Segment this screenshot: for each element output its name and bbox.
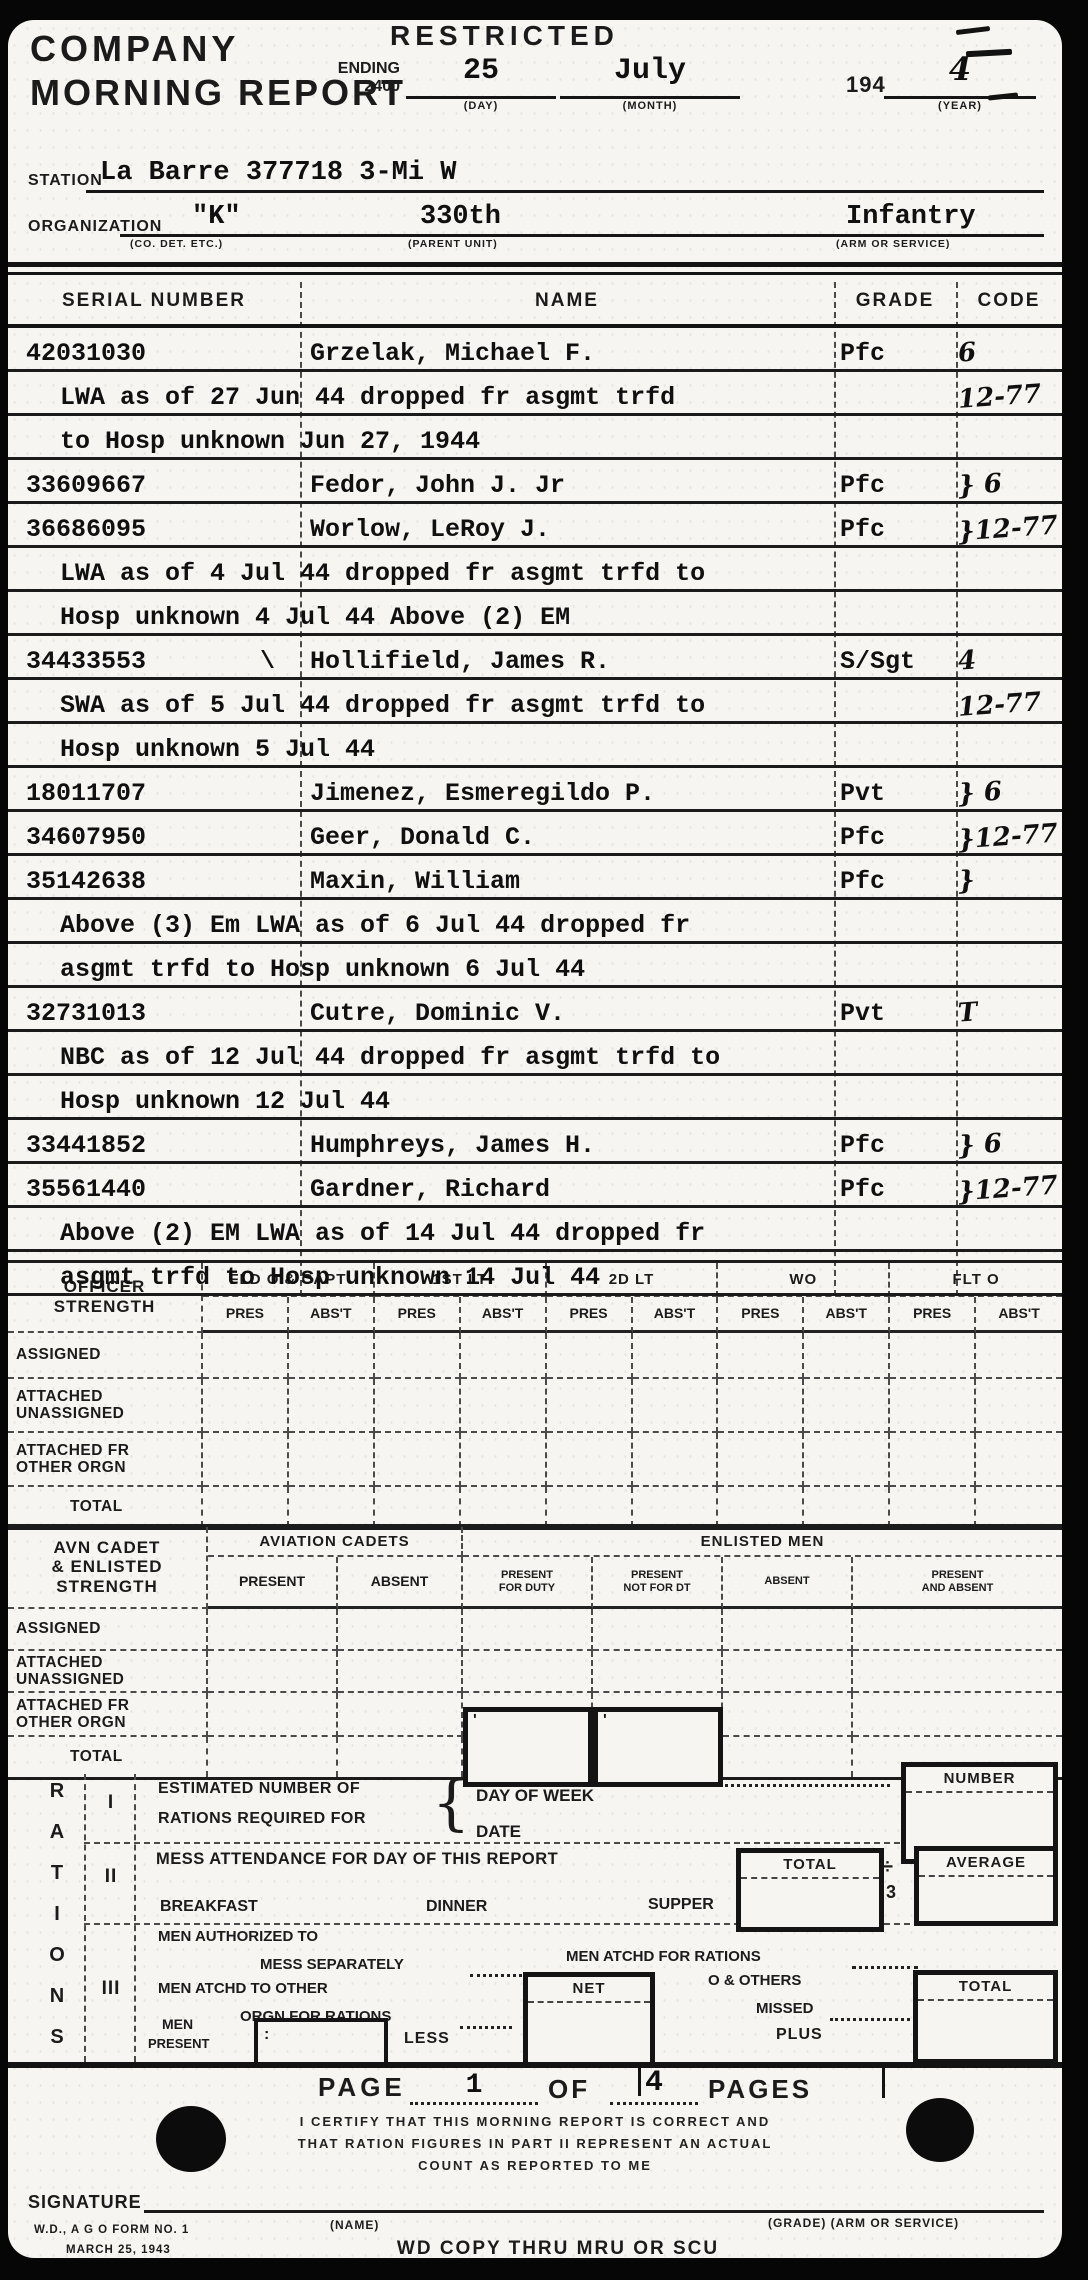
officer-data-cell bbox=[547, 1379, 633, 1433]
code-cell: 4 bbox=[957, 645, 977, 676]
roster-row: 34433553\Hollifield, James R.S/Sgt4 bbox=[8, 636, 1062, 680]
station-field: La Barre 377718 3-Mi W bbox=[86, 152, 1044, 193]
officer-row-label: ATTACHED FROTHER ORGN bbox=[8, 1433, 203, 1487]
men-atchd-for-rations-label: MEN ATCHD FOR RATIONS bbox=[566, 1948, 761, 1965]
label-line: ATTACHED FR bbox=[16, 1442, 201, 1459]
rations-section: RATIONS I II III ESTIMATED NUMBER OF RAT… bbox=[8, 1774, 1062, 2062]
label-line: ABSENT bbox=[371, 1573, 429, 1589]
label-line: FOR DUTY bbox=[499, 1582, 555, 1595]
grade-cell: S/Sgt bbox=[840, 647, 915, 676]
organization-field: "K" 330th Infantry bbox=[120, 196, 1044, 237]
roster-row: 34607950Geer, Donald C.Pfc}12-77 bbox=[8, 812, 1062, 856]
arm-sublabel: (ARM OR SERVICE) bbox=[836, 238, 950, 250]
fill-in-line bbox=[460, 2026, 512, 2029]
tick-mark: ' bbox=[473, 1712, 477, 1730]
strength-data-cell bbox=[723, 1609, 853, 1651]
roster-row: LWA as of 27 Jun 44 dropped fr asgmt trf… bbox=[8, 372, 1062, 416]
officer-data-cell bbox=[804, 1487, 890, 1527]
serial-cell: 42031030 bbox=[26, 339, 146, 368]
remark-cell: SWA as of 5 Jul 44 dropped fr asgmt trfd… bbox=[60, 691, 705, 720]
code-cell: 12-77 bbox=[957, 379, 1042, 415]
officer-data-cell bbox=[375, 1333, 461, 1379]
grade-cell: Pvt bbox=[840, 779, 885, 808]
strength-data-cell bbox=[853, 1693, 1062, 1737]
code-cell: 6 bbox=[957, 337, 977, 368]
section-3-number: III bbox=[88, 1978, 134, 2000]
serial-cell: 18011707 bbox=[26, 779, 146, 808]
grade-arm-sublabel: (GRADE) (ARM OR SERVICE) bbox=[768, 2216, 959, 2230]
officer-subcolumn-header: PRES bbox=[203, 1297, 289, 1333]
fill-in-line bbox=[852, 1966, 918, 1969]
label-line: TOTAL bbox=[70, 1498, 201, 1515]
remark-cell: LWA as of 27 Jun 44 dropped fr asgmt trf… bbox=[60, 383, 675, 412]
strength-subcolumn-header: ABSENT bbox=[723, 1557, 853, 1609]
rations-divider bbox=[84, 1923, 1050, 1925]
remark-cell: Above (2) EM LWA as of 14 Jul 44 dropped… bbox=[60, 1219, 705, 1248]
officer-subcolumn-header: ABS'T bbox=[461, 1297, 547, 1333]
officer-data-cell bbox=[718, 1433, 804, 1487]
roster-row: asgmt trfd to Hosp unknown 14 Jul 44 bbox=[8, 1252, 1062, 1296]
day-value: 25 bbox=[463, 54, 499, 88]
name-cell: Humphreys, James H. bbox=[310, 1131, 595, 1160]
rations-estimated-line2: RATIONS REQUIRED FOR bbox=[158, 1810, 366, 1828]
remark-cell: Hosp unknown 4 Jul 44 Above (2) EM bbox=[60, 603, 570, 632]
punch-hole bbox=[156, 2106, 226, 2172]
serial-cell: 35142638 bbox=[26, 867, 146, 896]
name-cell: Geer, Donald C. bbox=[310, 823, 535, 852]
officer-data-cell bbox=[289, 1487, 375, 1527]
year-sublabel: (YEAR) bbox=[884, 100, 1036, 112]
label-line: STRENGTH bbox=[56, 1577, 158, 1597]
strength-data-cell bbox=[208, 1693, 338, 1737]
roster-row: asgmt trfd to Hosp unknown 6 Jul 44 bbox=[8, 944, 1062, 988]
section-2-number: II bbox=[88, 1866, 134, 1888]
roster-row: 32731013Cutre, Dominic V.PvtT bbox=[8, 988, 1062, 1032]
strength-data-cell: ' bbox=[593, 1707, 723, 1787]
pages-total: 4 bbox=[645, 2066, 663, 2100]
morning-report-form: COMPANY MORNING REPORT RESTRICTED ENDING… bbox=[8, 20, 1062, 2258]
label-line: OTHER ORGN bbox=[16, 1714, 206, 1731]
net-box: NET bbox=[523, 1972, 655, 2068]
officer-data-cell bbox=[461, 1333, 547, 1379]
label-line: ATTACHED FR bbox=[16, 1697, 206, 1714]
divisor: 3 bbox=[886, 1882, 896, 1903]
officer-data-cell bbox=[633, 1333, 719, 1379]
strength-data-cell bbox=[463, 1609, 593, 1651]
punch-hole bbox=[906, 2098, 974, 2162]
strength-data-cell bbox=[338, 1609, 463, 1651]
organization-parent-unit: 330th bbox=[420, 202, 501, 232]
officer-data-cell bbox=[203, 1487, 289, 1527]
serial-cell: 34433553 bbox=[26, 647, 146, 676]
strength-row-label: TOTAL bbox=[8, 1737, 208, 1777]
organization-arm: Infantry bbox=[846, 202, 976, 232]
roster-row: 35561440Gardner, RichardPfc}12-77 bbox=[8, 1164, 1062, 1208]
rations-total-label: TOTAL bbox=[918, 1975, 1053, 2001]
label-line: TOTAL bbox=[70, 1748, 206, 1765]
rations-letter: N bbox=[42, 1985, 72, 2008]
heavy-rule bbox=[8, 2062, 1062, 2068]
strength-data-cell bbox=[853, 1651, 1062, 1693]
rations-total-box: TOTAL bbox=[913, 1970, 1058, 2064]
roster-row: SWA as of 5 Jul 44 dropped fr asgmt trfd… bbox=[8, 680, 1062, 724]
rations-divider bbox=[134, 1774, 136, 2062]
officer-subcolumn-header: ABS'T bbox=[289, 1297, 375, 1333]
strength-data-cell bbox=[723, 1737, 853, 1777]
year-prefix: 194 bbox=[846, 72, 886, 98]
officer-data-cell bbox=[633, 1487, 719, 1527]
serial-cell: 35561440 bbox=[26, 1175, 146, 1204]
label-line: ABSENT bbox=[764, 1575, 809, 1588]
roster-row: Hosp unknown 5 Jul 44 bbox=[8, 724, 1062, 768]
grade-cell: Pvt bbox=[840, 999, 885, 1028]
roster-row: Hosp unknown 12 Jul 44 bbox=[8, 1076, 1062, 1120]
rule-stub bbox=[882, 2062, 885, 2098]
supper-label: SUPPER bbox=[648, 1896, 714, 1914]
strength-data-cell bbox=[593, 1609, 723, 1651]
men-present-line1: MEN bbox=[162, 2016, 193, 2032]
officer-data-cell bbox=[203, 1333, 289, 1379]
officer-data-cell bbox=[461, 1433, 547, 1487]
men-present-box: : bbox=[254, 2018, 388, 2068]
code-cell: }12-77 bbox=[957, 819, 1059, 856]
date-label: DATE bbox=[476, 1822, 521, 1842]
rations-estimated-line1: ESTIMATED NUMBER OF bbox=[158, 1780, 360, 1798]
name-cell: Maxin, William bbox=[310, 867, 520, 896]
station-value: La Barre 377718 3-Mi W bbox=[100, 158, 456, 188]
ending-word: ENDING bbox=[328, 60, 400, 78]
enlisted-strength-label: AVN CADET& ENLISTEDSTRENGTH bbox=[8, 1527, 208, 1609]
day-field: 25 bbox=[406, 54, 556, 99]
officer-data-cell bbox=[461, 1487, 547, 1527]
officer-row-label: TOTAL bbox=[8, 1487, 203, 1527]
average-box: AVERAGE bbox=[914, 1846, 1058, 1926]
page-number-field: 1 bbox=[410, 2070, 538, 2105]
officer-subcolumn-header: PRES bbox=[547, 1297, 633, 1333]
officer-data-cell bbox=[890, 1333, 976, 1379]
serial-mark: \ bbox=[260, 647, 275, 676]
officer-subcolumn-header: PRES bbox=[718, 1297, 804, 1333]
officer-subcolumn-header: ABS'T bbox=[633, 1297, 719, 1333]
code-cell: } 6 bbox=[957, 469, 1003, 502]
grade-cell: Pfc bbox=[840, 1175, 885, 1204]
divider-rule bbox=[8, 262, 1062, 267]
remark-cell: NBC as of 12 Jul 44 dropped fr asgmt trf… bbox=[60, 1043, 720, 1072]
label-line: UNASSIGNED bbox=[16, 1405, 201, 1422]
grade-cell: Pfc bbox=[840, 339, 885, 368]
code-cell: }12-77 bbox=[957, 511, 1059, 548]
grade-cell: Pfc bbox=[840, 823, 885, 852]
label-line: & ENLISTED bbox=[51, 1557, 162, 1577]
label-line: AND ABSENT bbox=[922, 1582, 994, 1595]
officer-data-cell bbox=[976, 1333, 1062, 1379]
signature-label: SIGNATURE bbox=[28, 2192, 142, 2213]
grade-cell: Pfc bbox=[840, 1131, 885, 1160]
strength-subcolumn-header: PRESENTAND ABSENT bbox=[853, 1557, 1062, 1609]
serial-cell: 33609667 bbox=[26, 471, 146, 500]
men-present-line2: PRESENT bbox=[148, 2036, 209, 2051]
code-cell: } 6 bbox=[957, 1129, 1003, 1162]
label-line: STRENGTH bbox=[54, 1297, 156, 1317]
strength-subcolumn-header: PRESENT bbox=[208, 1557, 338, 1609]
label-line: PRESENT bbox=[932, 1569, 984, 1582]
roster-row: Hosp unknown 4 Jul 44 Above (2) EM bbox=[8, 592, 1062, 636]
label-line: ATTACHED bbox=[16, 1388, 201, 1405]
label-line: PRESENT bbox=[631, 1569, 683, 1582]
strength-row-label: ASSIGNED bbox=[8, 1609, 208, 1651]
officer-data-cell bbox=[203, 1433, 289, 1487]
serial-cell: 32731013 bbox=[26, 999, 146, 1028]
officer-data-cell bbox=[547, 1433, 633, 1487]
unit-sublabel: (CO. DET. ETC.) bbox=[130, 238, 223, 250]
label-line: ASSIGNED bbox=[16, 1346, 201, 1363]
serial-cell: 33441852 bbox=[26, 1131, 146, 1160]
rations-letter: R bbox=[42, 1780, 72, 1803]
form-number: W.D., A G O FORM NO. 1 bbox=[34, 2224, 189, 2236]
serial-cell: 34607950 bbox=[26, 823, 146, 852]
strength-row-label: ATTACHEDUNASSIGNED bbox=[8, 1651, 208, 1693]
officer-data-cell bbox=[890, 1433, 976, 1487]
label-line: NOT FOR DT bbox=[623, 1582, 690, 1595]
name-cell: Hollifield, James R. bbox=[310, 647, 610, 676]
men-authorized-line2: MESS SEPARATELY bbox=[260, 1956, 404, 1973]
officer-data-cell bbox=[718, 1379, 804, 1433]
mess-attendance-title: MESS ATTENDANCE FOR DAY OF THIS REPORT bbox=[156, 1850, 558, 1869]
col-header-code: CODE bbox=[956, 290, 1062, 312]
plus-label: PLUS bbox=[776, 2026, 823, 2044]
men-authorized-line1: MEN AUTHORIZED TO bbox=[158, 1928, 318, 1945]
officer-data-cell bbox=[890, 1487, 976, 1527]
officer-data-cell bbox=[718, 1487, 804, 1527]
month-field: July bbox=[560, 54, 740, 99]
pen-mark bbox=[956, 26, 990, 35]
code-cell: } 6 bbox=[957, 777, 1003, 810]
name-cell: Cutre, Dominic V. bbox=[310, 999, 565, 1028]
dinner-label: DINNER bbox=[426, 1898, 487, 1916]
breakfast-label: BREAKFAST bbox=[160, 1898, 258, 1916]
grade-cell: Pfc bbox=[840, 867, 885, 896]
men-atchd-other-line1: MEN ATCHD TO OTHER bbox=[158, 1980, 328, 1997]
code-cell: T bbox=[957, 997, 978, 1028]
officer-data-cell bbox=[976, 1379, 1062, 1433]
roster-row: Above (2) EM LWA as of 14 Jul 44 dropped… bbox=[8, 1208, 1062, 1252]
name-cell: Worlow, LeRoy J. bbox=[310, 515, 550, 544]
officer-row-label: ASSIGNED bbox=[8, 1333, 203, 1379]
roster-row: 42031030Grzelak, Michael F.Pfc6 bbox=[8, 328, 1062, 372]
parent-sublabel: (PARENT UNIT) bbox=[408, 238, 498, 250]
mess-total-box: TOTAL bbox=[736, 1848, 884, 1932]
label-line: AVN CADET bbox=[54, 1538, 161, 1558]
officer-data-cell bbox=[633, 1433, 719, 1487]
grade-cell: Pfc bbox=[840, 515, 885, 544]
roster-row: 35142638Maxin, WilliamPfc} bbox=[8, 856, 1062, 900]
rations-letter: A bbox=[42, 1821, 72, 1844]
copy-routing-note: WD COPY THRU MRU OR SCU bbox=[258, 2238, 858, 2260]
strength-data-cell bbox=[208, 1609, 338, 1651]
officer-data-cell bbox=[804, 1333, 890, 1379]
signature-line bbox=[144, 2180, 1044, 2213]
roster-row: Above (3) Em LWA as of 6 Jul 44 dropped … bbox=[8, 900, 1062, 944]
strength-data-cell bbox=[593, 1651, 723, 1693]
label-line: UNASSIGNED bbox=[16, 1671, 206, 1688]
strength-data-cell bbox=[338, 1693, 463, 1737]
classification-stamp: RESTRICTED bbox=[390, 20, 619, 52]
roster-row: NBC as of 12 Jul 44 dropped fr asgmt trf… bbox=[8, 1032, 1062, 1076]
roster-row: 33609667Fedor, John J. JrPfc} 6 bbox=[8, 460, 1062, 504]
remark-cell: Hosp unknown 5 Jul 44 bbox=[60, 735, 375, 764]
strength-subcolumn-header: PRESENTFOR DUTY bbox=[463, 1557, 593, 1609]
remark-cell: asgmt trfd to Hosp unknown 6 Jul 44 bbox=[60, 955, 585, 984]
remark-cell: asgmt trfd to Hosp unknown 14 Jul 44 bbox=[60, 1263, 600, 1292]
grade-cell: Pfc bbox=[840, 471, 885, 500]
month-sublabel: (MONTH) bbox=[560, 100, 740, 112]
section-1-number: I bbox=[88, 1792, 134, 1814]
remark-cell: to Hosp unknown Jun 27, 1944 bbox=[60, 427, 480, 456]
name-cell: Gardner, Richard bbox=[310, 1175, 550, 1204]
officer-data-cell bbox=[976, 1433, 1062, 1487]
officer-data-cell bbox=[547, 1487, 633, 1527]
officer-data-cell bbox=[289, 1433, 375, 1487]
enlisted-men-header: ENLISTED MEN bbox=[463, 1527, 1062, 1557]
tick-mark: ' bbox=[603, 1712, 607, 1730]
label-line: PRESENT bbox=[239, 1573, 305, 1589]
divider-rule bbox=[8, 272, 1062, 275]
less-label: LESS bbox=[404, 2030, 450, 2048]
remark-cell: Hosp unknown 12 Jul 44 bbox=[60, 1087, 390, 1116]
code-cell: }12-77 bbox=[957, 1171, 1059, 1208]
officer-data-cell bbox=[375, 1487, 461, 1527]
others-missed-line1: O & OTHERS bbox=[708, 1972, 801, 1989]
strength-data-cell bbox=[853, 1609, 1062, 1651]
officer-strength-table: OFFICERSTRENGTHFLD O & CAPT1ST LT2D LTWO… bbox=[8, 1260, 1062, 1530]
officer-data-cell bbox=[289, 1379, 375, 1433]
of-label: OF bbox=[548, 2074, 590, 2105]
officer-data-cell bbox=[375, 1433, 461, 1487]
page-label: PAGE bbox=[318, 2072, 406, 2103]
remark-cell: Above (3) Em LWA as of 6 Jul 44 dropped … bbox=[60, 911, 690, 940]
strength-data-cell bbox=[338, 1651, 463, 1693]
roster-row: 18011707Jimenez, Esmeregildo P.Pvt} 6 bbox=[8, 768, 1062, 812]
pages-label: PAGES bbox=[708, 2074, 812, 2105]
label-line: ASSIGNED bbox=[16, 1620, 206, 1637]
officer-data-cell bbox=[289, 1333, 375, 1379]
ending-label: ENDING 2400 bbox=[328, 60, 400, 97]
officer-data-cell bbox=[547, 1333, 633, 1379]
name-cell: Grzelak, Michael F. bbox=[310, 339, 595, 368]
roster-row: to Hosp unknown Jun 27, 1944 bbox=[8, 416, 1062, 460]
roster-table: SERIAL NUMBER NAME GRADE CODE 42031030Gr… bbox=[8, 282, 1062, 1296]
officer-subcolumn-header: ABS'T bbox=[804, 1297, 890, 1333]
strength-data-cell: ' bbox=[463, 1707, 593, 1787]
form-date: MARCH 25, 1943 bbox=[66, 2244, 171, 2256]
officer-data-cell bbox=[633, 1379, 719, 1433]
roster-rows: 42031030Grzelak, Michael F.Pfc6LWA as of… bbox=[8, 328, 1062, 1296]
label-line: ATTACHED bbox=[16, 1654, 206, 1671]
officer-data-cell bbox=[203, 1379, 289, 1433]
strength-data-cell bbox=[208, 1737, 338, 1777]
divide-sign: ÷ bbox=[882, 1856, 893, 1879]
rations-letter: O bbox=[42, 1944, 72, 1967]
rations-letter: S bbox=[42, 2026, 72, 2049]
name-cell: Fedor, John J. Jr bbox=[310, 471, 565, 500]
officer-subcolumn-header: PRES bbox=[890, 1297, 976, 1333]
mess-total-label: TOTAL bbox=[741, 1853, 879, 1879]
serial-cell: 36686095 bbox=[26, 515, 146, 544]
fill-in-line bbox=[830, 2018, 910, 2021]
year-field: 4 bbox=[884, 50, 1036, 99]
remark-cell: LWA as of 4 Jul 44 dropped fr asgmt trfd… bbox=[60, 559, 705, 588]
code-cell: 12-77 bbox=[957, 687, 1042, 723]
label-line: OTHER ORGN bbox=[16, 1459, 201, 1476]
page-number: 1 bbox=[466, 2070, 483, 2101]
strength-data-cell bbox=[723, 1651, 853, 1693]
net-box-label: NET bbox=[528, 1977, 650, 2003]
strength-subcolumn-header: ABSENT bbox=[338, 1557, 463, 1609]
form-title-line1: COMPANY bbox=[30, 28, 239, 70]
col-header-name: NAME bbox=[300, 290, 834, 312]
men-box-mark: : bbox=[264, 2026, 269, 2044]
officer-data-cell bbox=[804, 1379, 890, 1433]
rations-letter: I bbox=[42, 1903, 72, 1926]
officer-data-cell bbox=[375, 1379, 461, 1433]
code-cell: } bbox=[957, 865, 976, 896]
col-header-serial: SERIAL NUMBER bbox=[8, 290, 300, 312]
organization-unit: "K" bbox=[192, 202, 241, 232]
number-box-label: NUMBER bbox=[906, 1767, 1053, 1793]
ending-time: 2400 bbox=[328, 78, 400, 96]
strength-data-cell bbox=[463, 1651, 593, 1693]
month-value: July bbox=[614, 54, 686, 88]
officer-data-cell bbox=[718, 1333, 804, 1379]
day-of-week-label: DAY OF WEEK bbox=[476, 1786, 594, 1806]
aviation-cadets-header: AVIATION CADETS bbox=[208, 1527, 463, 1557]
strength-subcolumn-header: PRESENTNOT FOR DT bbox=[593, 1557, 723, 1609]
roster-header-row: SERIAL NUMBER NAME GRADE CODE bbox=[8, 282, 1062, 328]
roster-row: 36686095Worlow, LeRoy J.Pfc}12-77 bbox=[8, 504, 1062, 548]
strength-data-cell bbox=[723, 1693, 853, 1737]
roster-row: LWA as of 4 Jul 44 dropped fr asgmt trfd… bbox=[8, 548, 1062, 592]
officer-data-cell bbox=[890, 1379, 976, 1433]
pages-total-field: 4 bbox=[610, 2066, 698, 2105]
rations-letter: T bbox=[42, 1862, 72, 1885]
rations-divider bbox=[84, 1774, 86, 2062]
day-sublabel: (DAY) bbox=[406, 100, 556, 112]
strength-row-label: ATTACHED FROTHER ORGN bbox=[8, 1693, 208, 1737]
roster-row: 33441852Humphreys, James H.Pfc} 6 bbox=[8, 1120, 1062, 1164]
officer-subcolumn-header: ABS'T bbox=[976, 1297, 1062, 1333]
average-box-label: AVERAGE bbox=[919, 1851, 1053, 1877]
officer-row-label: ATTACHEDUNASSIGNED bbox=[8, 1379, 203, 1433]
enlisted-strength-table: AVN CADET& ENLISTEDSTRENGTHAVIATION CADE… bbox=[8, 1524, 1062, 1780]
col-header-grade: GRADE bbox=[834, 290, 956, 312]
others-missed-line2: MISSED bbox=[756, 2000, 814, 2017]
officer-data-cell bbox=[804, 1433, 890, 1487]
name-sublabel: (NAME) bbox=[330, 2218, 379, 2232]
officer-subcolumn-header: PRES bbox=[375, 1297, 461, 1333]
name-cell: Jimenez, Esmeregildo P. bbox=[310, 779, 655, 808]
strength-data-cell bbox=[208, 1651, 338, 1693]
officer-data-cell bbox=[461, 1379, 547, 1433]
officer-data-cell bbox=[976, 1487, 1062, 1527]
label-line: PRESENT bbox=[501, 1569, 553, 1582]
